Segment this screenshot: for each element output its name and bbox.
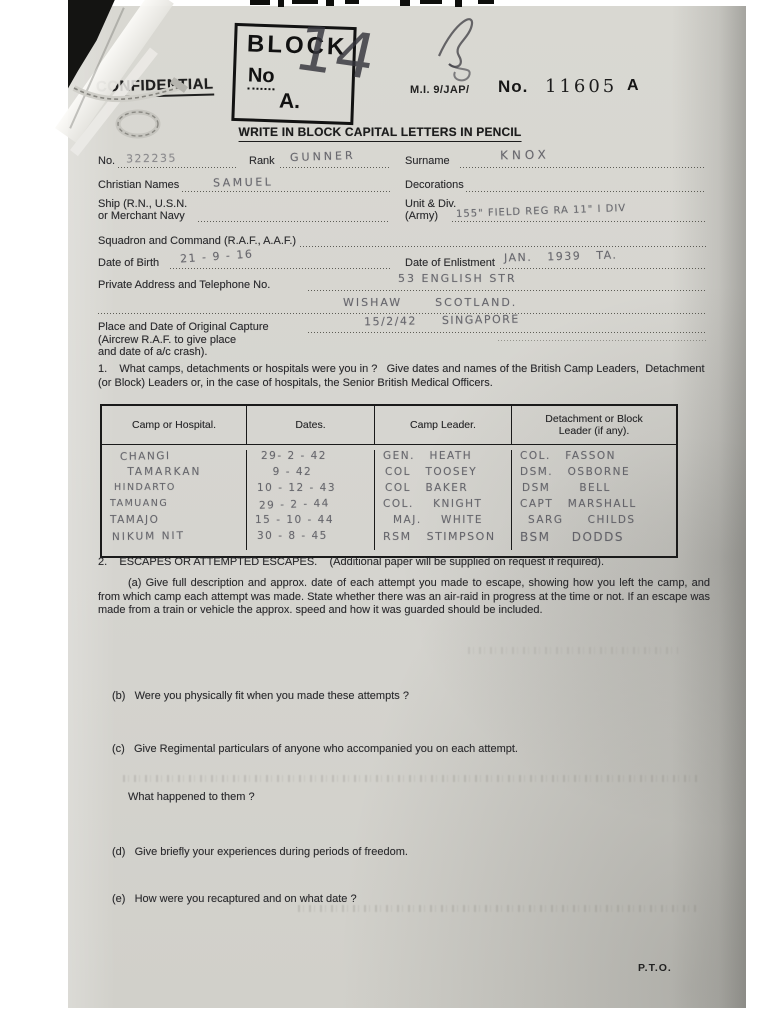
field-value-unit-div: 155" FIELD REG RA 11" I DIV (456, 203, 626, 220)
pencil-scribble (425, 12, 515, 82)
dotted-line (308, 332, 706, 333)
dotted-line (118, 167, 236, 168)
question-2c: (c) Give Regimental particulars of anyon… (112, 743, 518, 757)
field-value-capture: 15/2/42 SINGAPORE (364, 313, 520, 329)
mi9-number: 11605 (545, 76, 617, 97)
page-heading: WRITE IN BLOCK CAPITAL LETTERS IN PENCIL (239, 125, 522, 142)
field-label-surname: Surname (405, 155, 450, 167)
field-label-unit-div-2: (Army) (405, 210, 438, 222)
field-label-unit-div-1: Unit & Div. (405, 198, 456, 210)
bleed-through-marks (123, 775, 698, 782)
dotted-line (466, 191, 706, 192)
dotted-line (182, 191, 390, 192)
table-row: HINDARTO 10 - 12 - 43 COL BAKER DSM BELL (102, 482, 676, 498)
question-2d: (d) Give briefly your experiences during… (112, 846, 408, 860)
scanned-pow-form-page: { "colors": { "paper": "#d6d5d0", "print… (0, 0, 772, 1024)
mi9-suffix: A (627, 77, 639, 95)
field-label-capture-2: (Aircrew R.A.F. to give place (98, 334, 236, 346)
dotted-line (452, 221, 706, 222)
field-value-christian-names: SAMUEL (213, 175, 274, 189)
field-label-squadron: Squadron and Command (R.A.F., A.A.F.) (98, 235, 296, 247)
field-value-dob: 21 - 9 - 16 (180, 247, 254, 265)
handwritten-block-number: 14 (289, 17, 381, 89)
field-label-capture-3: and date of a/c crash). (98, 346, 207, 358)
field-label-rank: Rank (249, 155, 275, 167)
table-row: TAMUANG 29 - 2 - 44 COL. KNIGHT CAPT MAR… (102, 498, 676, 514)
question-1-line-1: 1. What camps, detachments or hospitals … (98, 363, 705, 377)
field-value-surname: KNOX (500, 148, 550, 163)
pto-label: P.T.O. (638, 962, 672, 974)
question-1-line-2: (or Block) Leaders or, in the case of ho… (98, 377, 493, 391)
header-camp-leader: Camp Leader. (375, 406, 512, 444)
table-row: TAMARKAN 9 - 42 COL TOOSEY DSM. OSBORNE (102, 466, 676, 482)
question-2b: (b) Were you physically fit when you mad… (112, 690, 409, 704)
field-value-address-2: WISHAW SCOTLAND. (343, 296, 517, 309)
block-stamp-letter: A. (279, 90, 301, 115)
camps-table: Camp or Hospital. Dates. Camp Leader. De… (100, 404, 678, 558)
field-label-no: No. (98, 155, 115, 167)
field-value-rank: GUNNER (290, 149, 356, 164)
bleed-through-marks (468, 647, 678, 654)
dotted-line (280, 167, 390, 168)
question-2c-followup: What happened to them ? (128, 791, 255, 805)
treasury-tag-string (72, 66, 232, 156)
camps-table-header-row: Camp or Hospital. Dates. Camp Leader. De… (102, 406, 676, 445)
dotted-line (198, 221, 390, 222)
header-detachment-leader: Detachment or BlockLeader (if any). (512, 406, 676, 444)
field-label-ship-2: or Merchant Navy (98, 210, 185, 222)
table-row: CHANGI 29- 2 - 42 GEN. HEATH COL. FASSON (102, 450, 676, 466)
field-value-enlistment: JAN. 1939 TA. (504, 249, 618, 265)
table-row: TAMAJO 15 - 10 - 44 MAJ. WHITE SARG CHIL… (102, 514, 676, 530)
question-2a: (a) Give full description and approx. da… (98, 577, 710, 618)
field-label-address: Private Address and Telephone No. (98, 279, 270, 291)
dotted-line (500, 268, 706, 269)
mi9-prefix: M.I. 9/JAP/ (410, 84, 469, 96)
field-label-dob: Date of Birth (98, 257, 159, 269)
dotted-line (170, 268, 390, 269)
section-2-title: 2. ESCAPES OR ATTEMPTED ESCAPES. (Additi… (98, 556, 604, 570)
field-label-capture-1: Place and Date of Original Capture (98, 321, 269, 333)
field-label-enlistment: Date of Enlistment (405, 257, 495, 269)
dotted-line (460, 167, 706, 168)
camps-table-body: CHANGI 29- 2 - 42 GEN. HEATH COL. FASSON… (102, 445, 676, 556)
bleed-through-marks (298, 905, 698, 912)
field-label-decorations: Decorations (405, 179, 464, 191)
header-dates: Dates. (247, 406, 375, 444)
dotted-line (498, 340, 706, 341)
dotted-line (300, 246, 706, 247)
header-camp-or-hospital: Camp or Hospital. (102, 406, 247, 444)
field-label-ship-1: Ship (R.N., U.S.N. (98, 198, 187, 210)
block-stamp-no: No (247, 64, 275, 90)
field-value-address-1: 53 ENGLISH STR (398, 272, 517, 285)
form-paper: CONFIDENTIAL BLOCK No A. 14 M.I. 9/JAP/ … (68, 6, 746, 1008)
field-label-christian-names: Christian Names (98, 179, 179, 191)
table-row: NIKUM NIT 30 - 8 - 45 RSM STIMPSON BSM D… (102, 530, 676, 550)
dotted-line (308, 290, 706, 291)
